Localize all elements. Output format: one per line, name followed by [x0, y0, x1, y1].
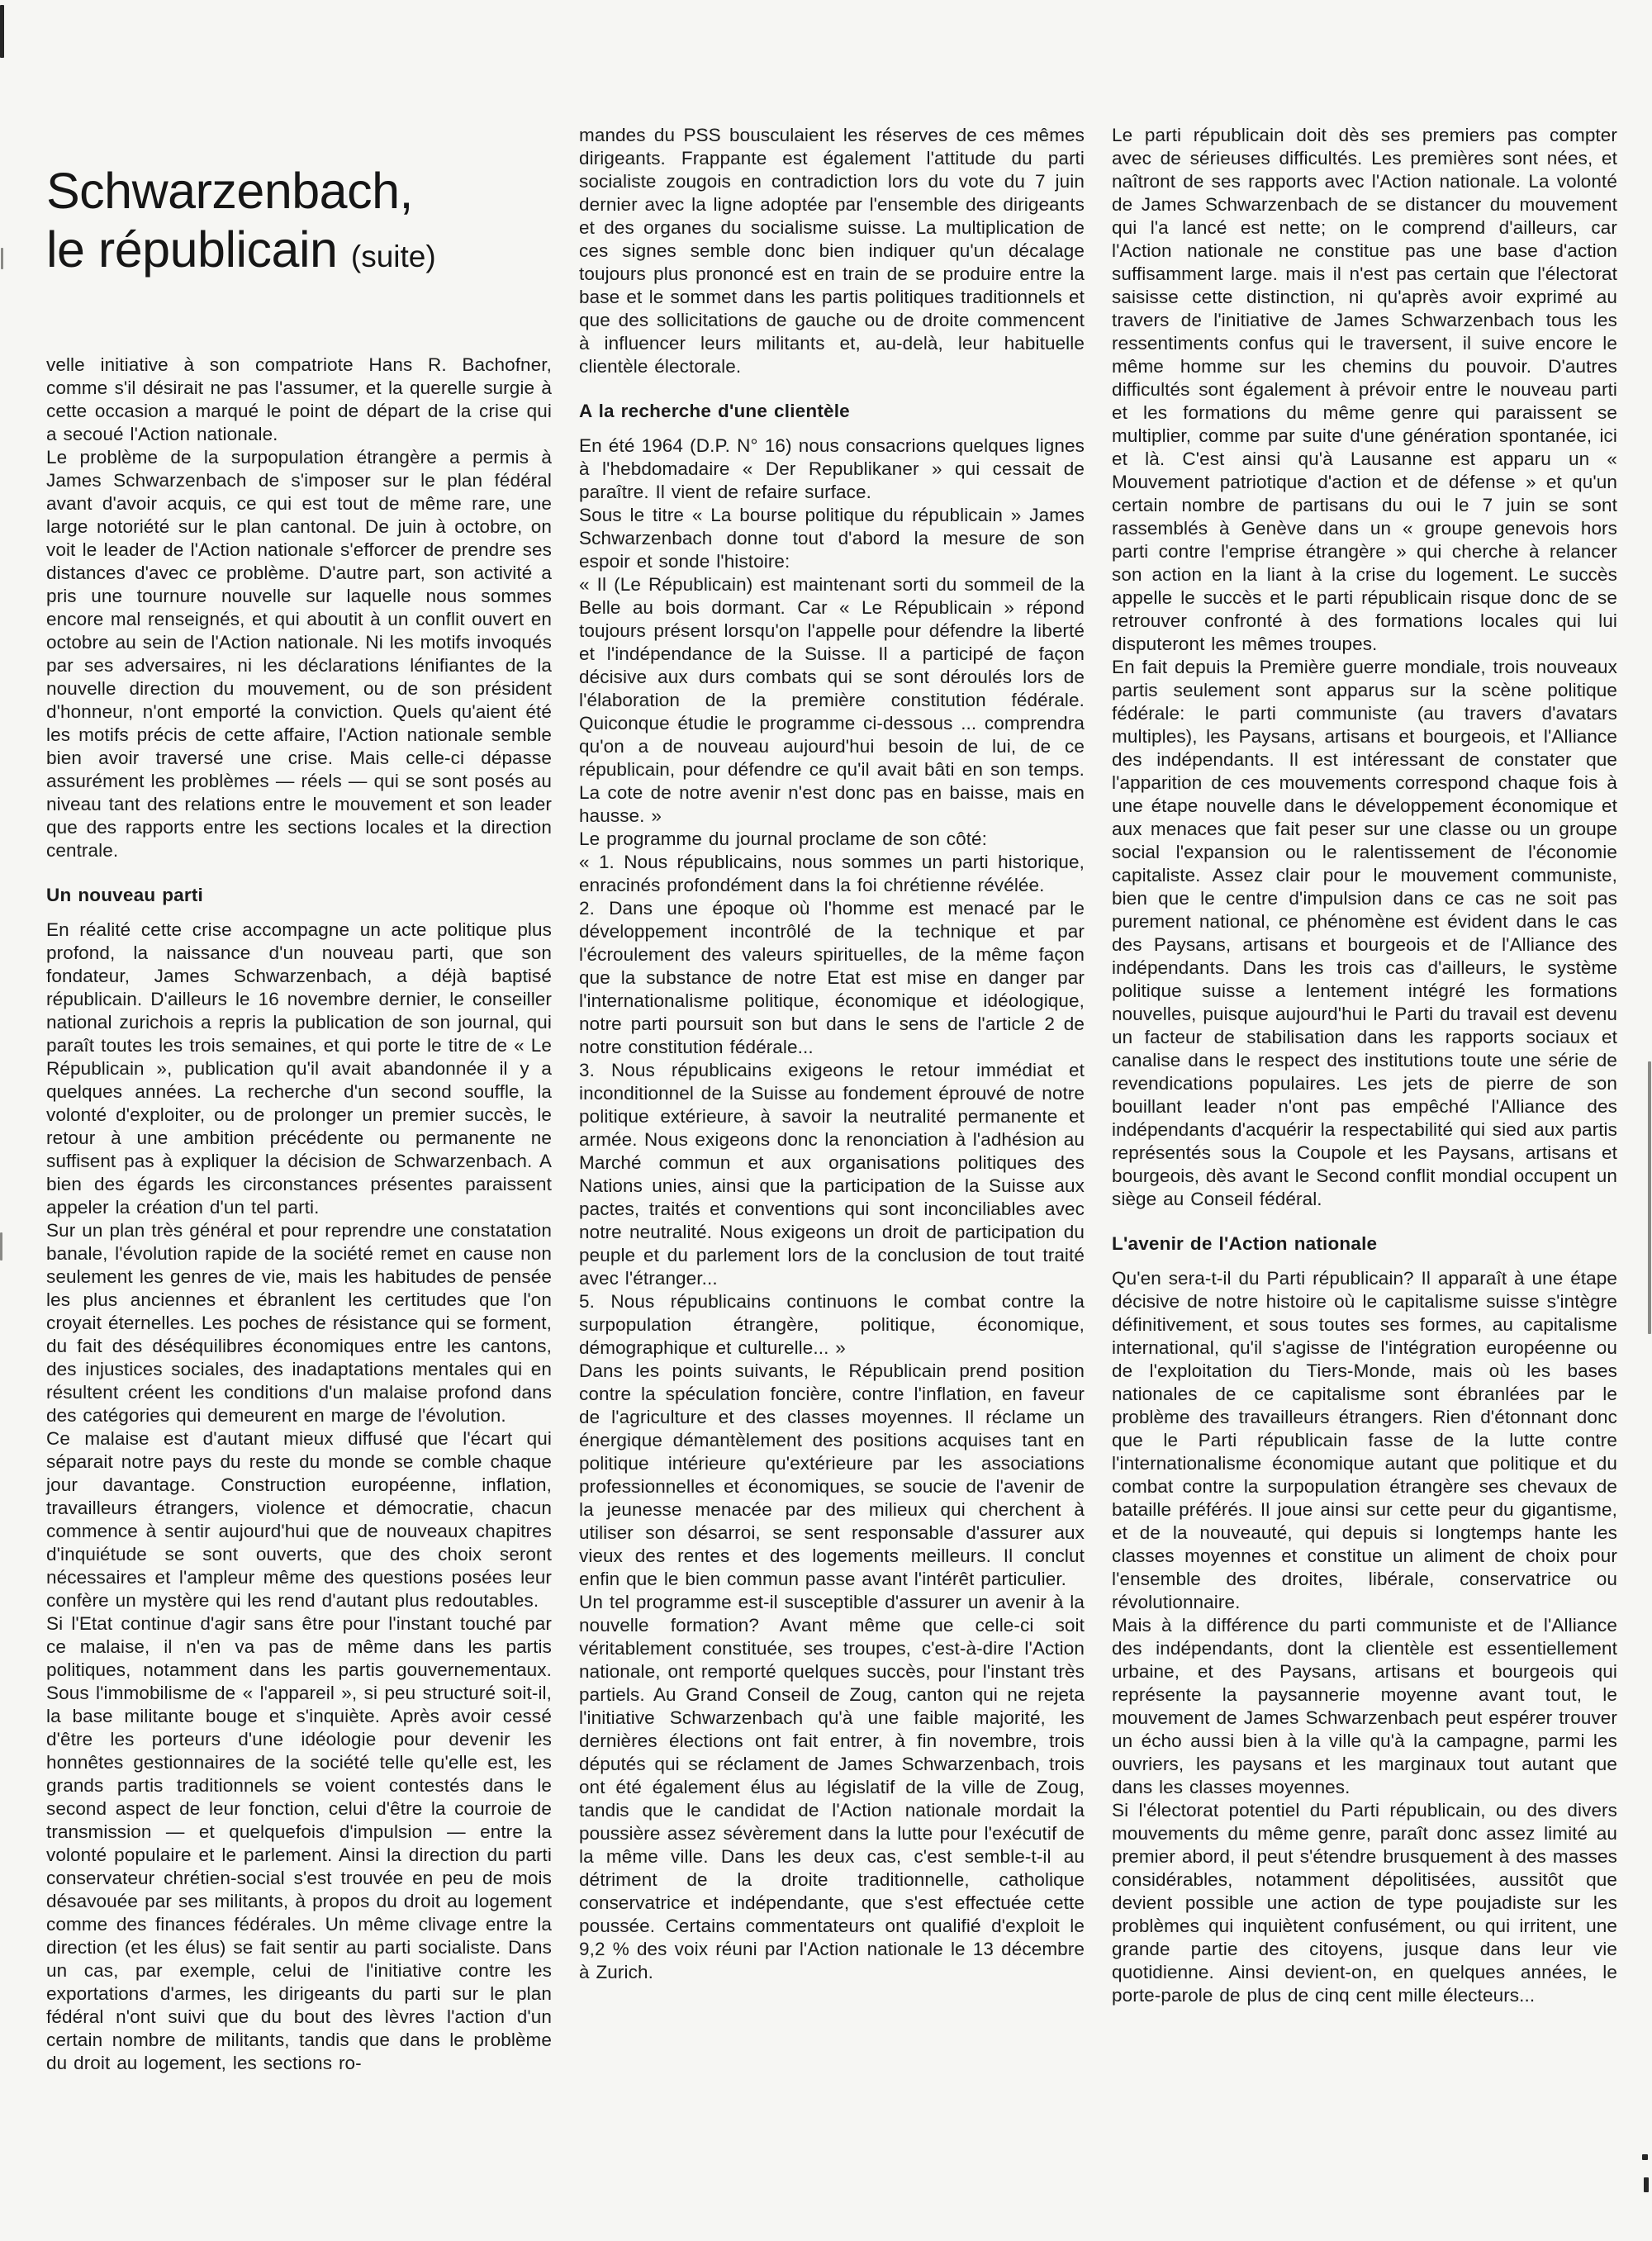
page-title: Schwarzenbach,le républicain (suite) — [46, 162, 552, 286]
scan-artifact — [1642, 2154, 1648, 2160]
article-column-1: Schwarzenbach,le républicain (suite) vel… — [46, 124, 552, 2241]
article-paragraph: 2. Dans une époque où l'homme est menacé… — [579, 897, 1085, 1059]
scanned-article-page: Schwarzenbach,le républicain (suite) vel… — [0, 0, 1652, 2241]
article-paragraph: 5. Nous républicains continuons le comba… — [579, 1290, 1085, 1360]
article-paragraph: En réalité cette crise accompagne un act… — [46, 919, 552, 1219]
scan-artifact — [0, 1232, 2, 1261]
article-paragraph: Le programme du journal proclame de son … — [579, 828, 1085, 851]
article-paragraph: Ce malaise est d'autant mieux diffusé qu… — [46, 1427, 552, 1612]
scan-artifact — [0, 5, 4, 58]
article-paragraph: Qu'en sera-t-il du Parti républicain? Il… — [1112, 1267, 1617, 1614]
article-paragraph: Si l'Etat continue d'agir sans être pour… — [46, 1612, 552, 2075]
scan-artifact — [1644, 2177, 1649, 2192]
article-paragraph: 3. Nous républicains exigeons le retour … — [579, 1059, 1085, 1290]
scan-artifact — [1648, 1061, 1651, 1334]
article-paragraph: Sous le titre « La bourse politique du r… — [579, 504, 1085, 573]
article-paragraph: « Il (Le Républicain) est maintenant sor… — [579, 573, 1085, 828]
article-column-3: Le parti républicain doit dès ses premie… — [1112, 124, 1617, 2241]
title-line-1: Schwarzenbach, — [46, 163, 413, 219]
article-paragraph: Le problème de la surpopulation étrangèr… — [46, 446, 552, 862]
article-paragraph: Mais à la différence du parti communiste… — [1112, 1614, 1617, 1799]
article-paragraph: mandes du PSS bousculaient les réserves … — [579, 124, 1085, 378]
article-paragraph: En été 1964 (D.P. N° 16) nous consacrion… — [579, 434, 1085, 504]
title-suffix: (suite) — [351, 240, 436, 273]
article-paragraph: Sur un plan très général et pour reprend… — [46, 1219, 552, 1427]
scan-artifact — [1, 248, 3, 269]
section-heading: A la recherche d'une clientèle — [579, 400, 1085, 423]
section-heading: Un nouveau parti — [46, 884, 552, 907]
article-paragraph: Si l'électorat potentiel du Parti républ… — [1112, 1799, 1617, 2007]
section-heading: L'avenir de l'Action nationale — [1112, 1232, 1617, 1256]
article-paragraph: velle initiative à son compatriote Hans … — [46, 354, 552, 446]
title-line-2: le républicain — [46, 221, 337, 278]
article-paragraph: « 1. Nous républicains, nous sommes un p… — [579, 851, 1085, 897]
article-paragraph: Un tel programme est-il susceptible d'as… — [579, 1591, 1085, 1984]
article-title: Schwarzenbach,le républicain (suite) — [46, 162, 552, 286]
article-paragraph: Dans les points suivants, le Républicain… — [579, 1360, 1085, 1591]
article-column-2: mandes du PSS bousculaient les réserves … — [579, 124, 1085, 2241]
article-paragraph: Le parti républicain doit dès ses premie… — [1112, 124, 1617, 656]
article-paragraph: En fait depuis la Première guerre mondia… — [1112, 656, 1617, 1211]
